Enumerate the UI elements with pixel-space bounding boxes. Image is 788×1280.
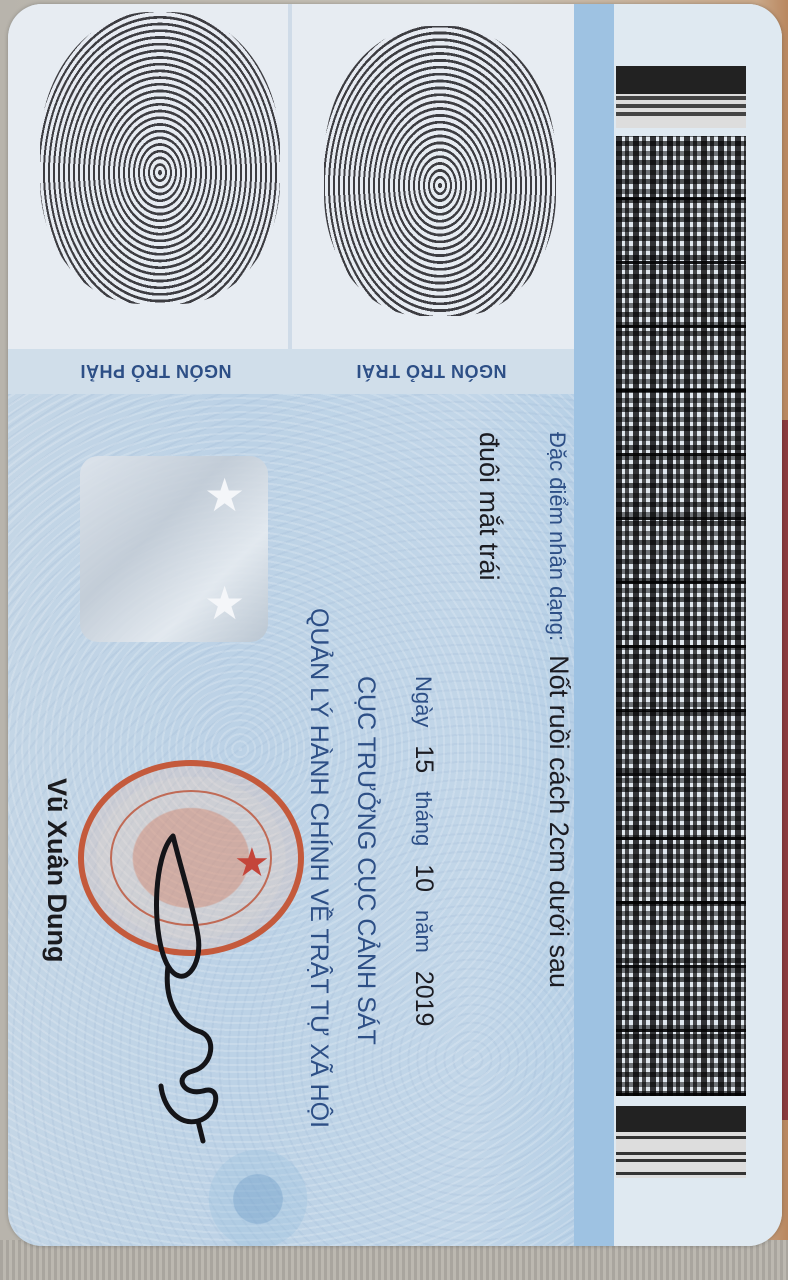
hologram-star-icon: ★ <box>204 580 245 626</box>
barcode-top-bars <box>616 66 746 128</box>
left-index-fingerprint-icon <box>324 26 556 316</box>
identifying-features-value-2: đuôi mắt trái <box>473 432 504 581</box>
year-value: 2019 <box>410 971 438 1027</box>
right-index-fingerprint-icon <box>40 12 280 304</box>
month-value: 10 <box>410 864 438 892</box>
signer-name: Vũ Xuân Dung <box>41 778 72 963</box>
year-label: năm <box>411 910 436 953</box>
barcode-matrix <box>616 136 746 1096</box>
2d-barcode <box>616 66 746 1176</box>
issuer-title-line-2: QUẢN LÝ HÀNH CHÍNH VỀ TRẬT TỰ XÃ HỘI <box>304 608 333 1128</box>
signature <box>143 816 233 1146</box>
identifying-features-label: Đặc điểm nhân dạng: <box>545 432 570 641</box>
seal-star-icon: ★ <box>234 840 270 886</box>
month-label: tháng <box>411 791 436 846</box>
lotus-watermark-icon <box>198 1144 318 1246</box>
identifying-features-value-1: Nốt ruồi cách 2cm dưới sau <box>544 655 574 988</box>
hologram-star-icon: ★ <box>204 472 245 518</box>
identifying-features: Đặc điểm nhân dạng:Nốt ruồi cách 2cm dướ… <box>543 432 574 988</box>
left-index-label: NGÓN TRỎ TRÁI <box>356 360 507 381</box>
blue-stripe <box>574 4 614 1246</box>
id-card: NGÓN TRỎ PHẢI NGÓN TRỎ TRÁI Đặc điểm nhâ… <box>8 4 782 1246</box>
day-label: Ngày <box>411 676 436 727</box>
table-surface <box>0 1240 788 1280</box>
fingerprint-divider <box>288 4 292 394</box>
issuer-title-line-1: CỤC TRƯỞNG CỤC CẢNH SÁT <box>351 676 380 1045</box>
day-value: 15 <box>410 745 438 773</box>
issue-date: Ngày15tháng10năm2019 <box>409 676 438 1044</box>
barcode-bottom-bars <box>616 1106 746 1178</box>
right-index-label: NGÓN TRỎ PHẢI <box>80 360 232 381</box>
